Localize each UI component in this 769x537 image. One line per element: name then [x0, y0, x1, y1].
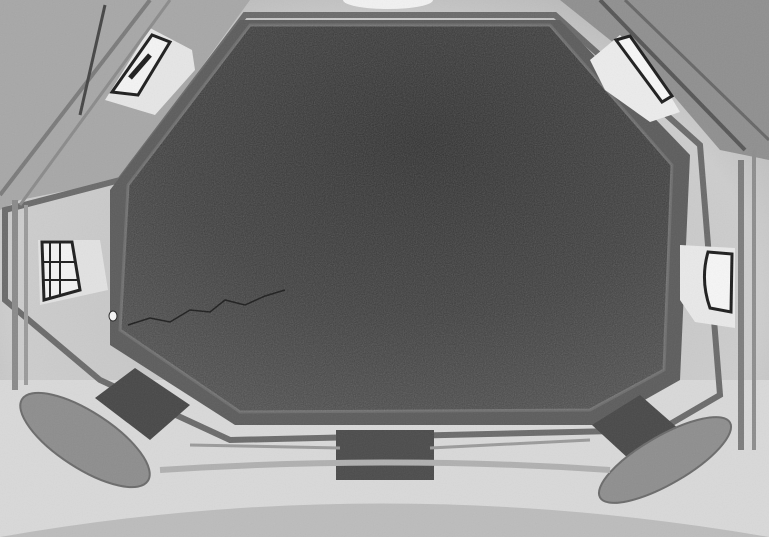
dome-photograph: Octagonal domed ceiling viewed from belo… [0, 0, 769, 537]
dome-illustration [0, 0, 769, 537]
